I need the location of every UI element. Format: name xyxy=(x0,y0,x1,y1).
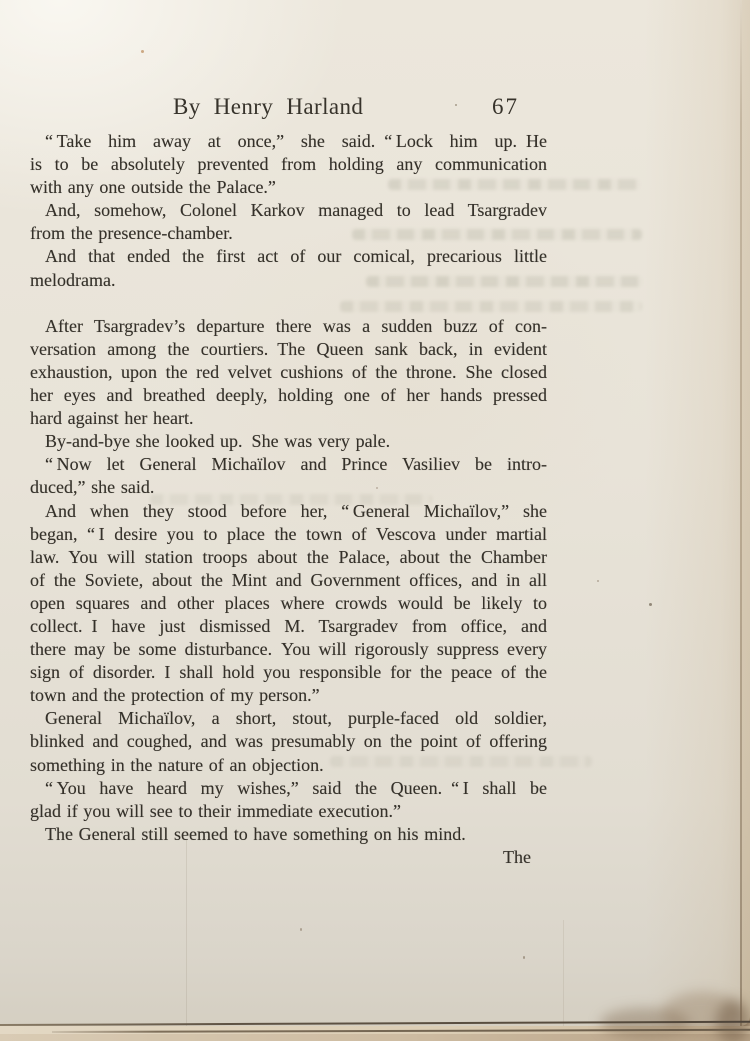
page-right-edge xyxy=(740,0,742,1026)
text-line: By-and-bye she looked up. She was very p… xyxy=(30,430,547,453)
text-line: glad if you will see to their immediate … xyxy=(30,800,547,823)
paragraph: “ You have heard my wishes,” said the Qu… xyxy=(30,777,547,823)
paper-crease xyxy=(563,920,564,1026)
text-line: “ Now let General Michaïlov and Prince V… xyxy=(30,453,547,476)
text-line: town and the protection of my person.” xyxy=(30,684,547,707)
text-line: The General still seemed to have somethi… xyxy=(30,823,547,846)
paragraph: And that ended the first act of our comi… xyxy=(30,245,547,291)
paper-speck xyxy=(649,603,652,606)
text-line: versation among the courtiers. The Queen… xyxy=(30,338,547,361)
paper-speck xyxy=(523,956,525,959)
page-body: “ Take him away at once,” she said. “ Lo… xyxy=(30,130,547,869)
paper-speck xyxy=(95,252,97,254)
text-line: hard against her heart. xyxy=(30,407,547,430)
paragraph: And, somehow, Colonel Karkov managed to … xyxy=(30,199,547,245)
text-line: collect. I have just dismissed M. Tsargr… xyxy=(30,615,547,638)
book-page: By Henry Harland 67 “ Take him away at o… xyxy=(0,0,750,1026)
running-title: By Henry Harland xyxy=(173,94,363,120)
paragraph: General Michaïlov, a short, stout, purpl… xyxy=(30,707,547,776)
text-line: something in the nature of an objection. xyxy=(30,754,547,777)
page-number: 67 xyxy=(492,94,519,120)
text-line: General Michaïlov, a short, stout, purpl… xyxy=(30,707,547,730)
text-line: open squares and other places where crow… xyxy=(30,592,547,615)
text-line: of the Soviete, about the Mint and Gover… xyxy=(30,569,547,592)
paper-crease xyxy=(186,840,187,1026)
paragraphs: “ Take him away at once,” she said. “ Lo… xyxy=(30,130,547,846)
paragraph: The General still seemed to have somethi… xyxy=(30,823,547,846)
text-line: law. You will station troops about the P… xyxy=(30,546,547,569)
paragraph: And when they stood before her, “ Genera… xyxy=(30,500,547,708)
page-right-edge-band xyxy=(742,0,750,1026)
text-line: exhaustion, upon the red velvet cushions… xyxy=(30,361,547,384)
paragraph: “ Now let General Michaïlov and Prince V… xyxy=(30,453,547,499)
paper-speck xyxy=(597,580,599,582)
paragraph: By-and-bye she looked up. She was very p… xyxy=(30,430,547,453)
text-line: with any one outside the Palace.” xyxy=(30,176,547,199)
text-line: her eyes and breathed deeply, holding on… xyxy=(30,384,547,407)
paragraph: After Tsargradev’s departure there was a… xyxy=(30,315,547,430)
text-line: there may be some disturbance. You will … xyxy=(30,638,547,661)
text-line: began, “ I desire you to place the town … xyxy=(30,523,547,546)
text-line: And when they stood before her, “ Genera… xyxy=(30,500,547,523)
paper-speck xyxy=(376,487,378,489)
text-line: After Tsargradev’s departure there was a… xyxy=(30,315,547,338)
text-line: sign of disorder. I shall hold you respo… xyxy=(30,661,547,684)
photo-backdrop: By Henry Harland 67 “ Take him away at o… xyxy=(0,0,750,1041)
text-line: is to be absolutely prevented from holdi… xyxy=(30,153,547,176)
text-line: melodrama. xyxy=(30,269,547,292)
paper-speck xyxy=(455,104,457,106)
text-line: blinked and coughed, and was presumably … xyxy=(30,730,547,753)
paper-speck xyxy=(300,928,302,931)
text-line: And that ended the first act of our comi… xyxy=(30,245,547,268)
text-line: “ You have heard my wishes,” said the Qu… xyxy=(30,777,547,800)
catchword: The xyxy=(30,846,547,869)
text-line: “ Take him away at once,” she said. “ Lo… xyxy=(30,130,547,153)
text-line: And, somehow, Colonel Karkov managed to … xyxy=(30,199,547,222)
paper-speck xyxy=(141,50,144,53)
text-line: duced,” she said. xyxy=(30,476,547,499)
paragraph: “ Take him away at once,” she said. “ Lo… xyxy=(30,130,547,199)
text-line: from the presence-chamber. xyxy=(30,222,547,245)
